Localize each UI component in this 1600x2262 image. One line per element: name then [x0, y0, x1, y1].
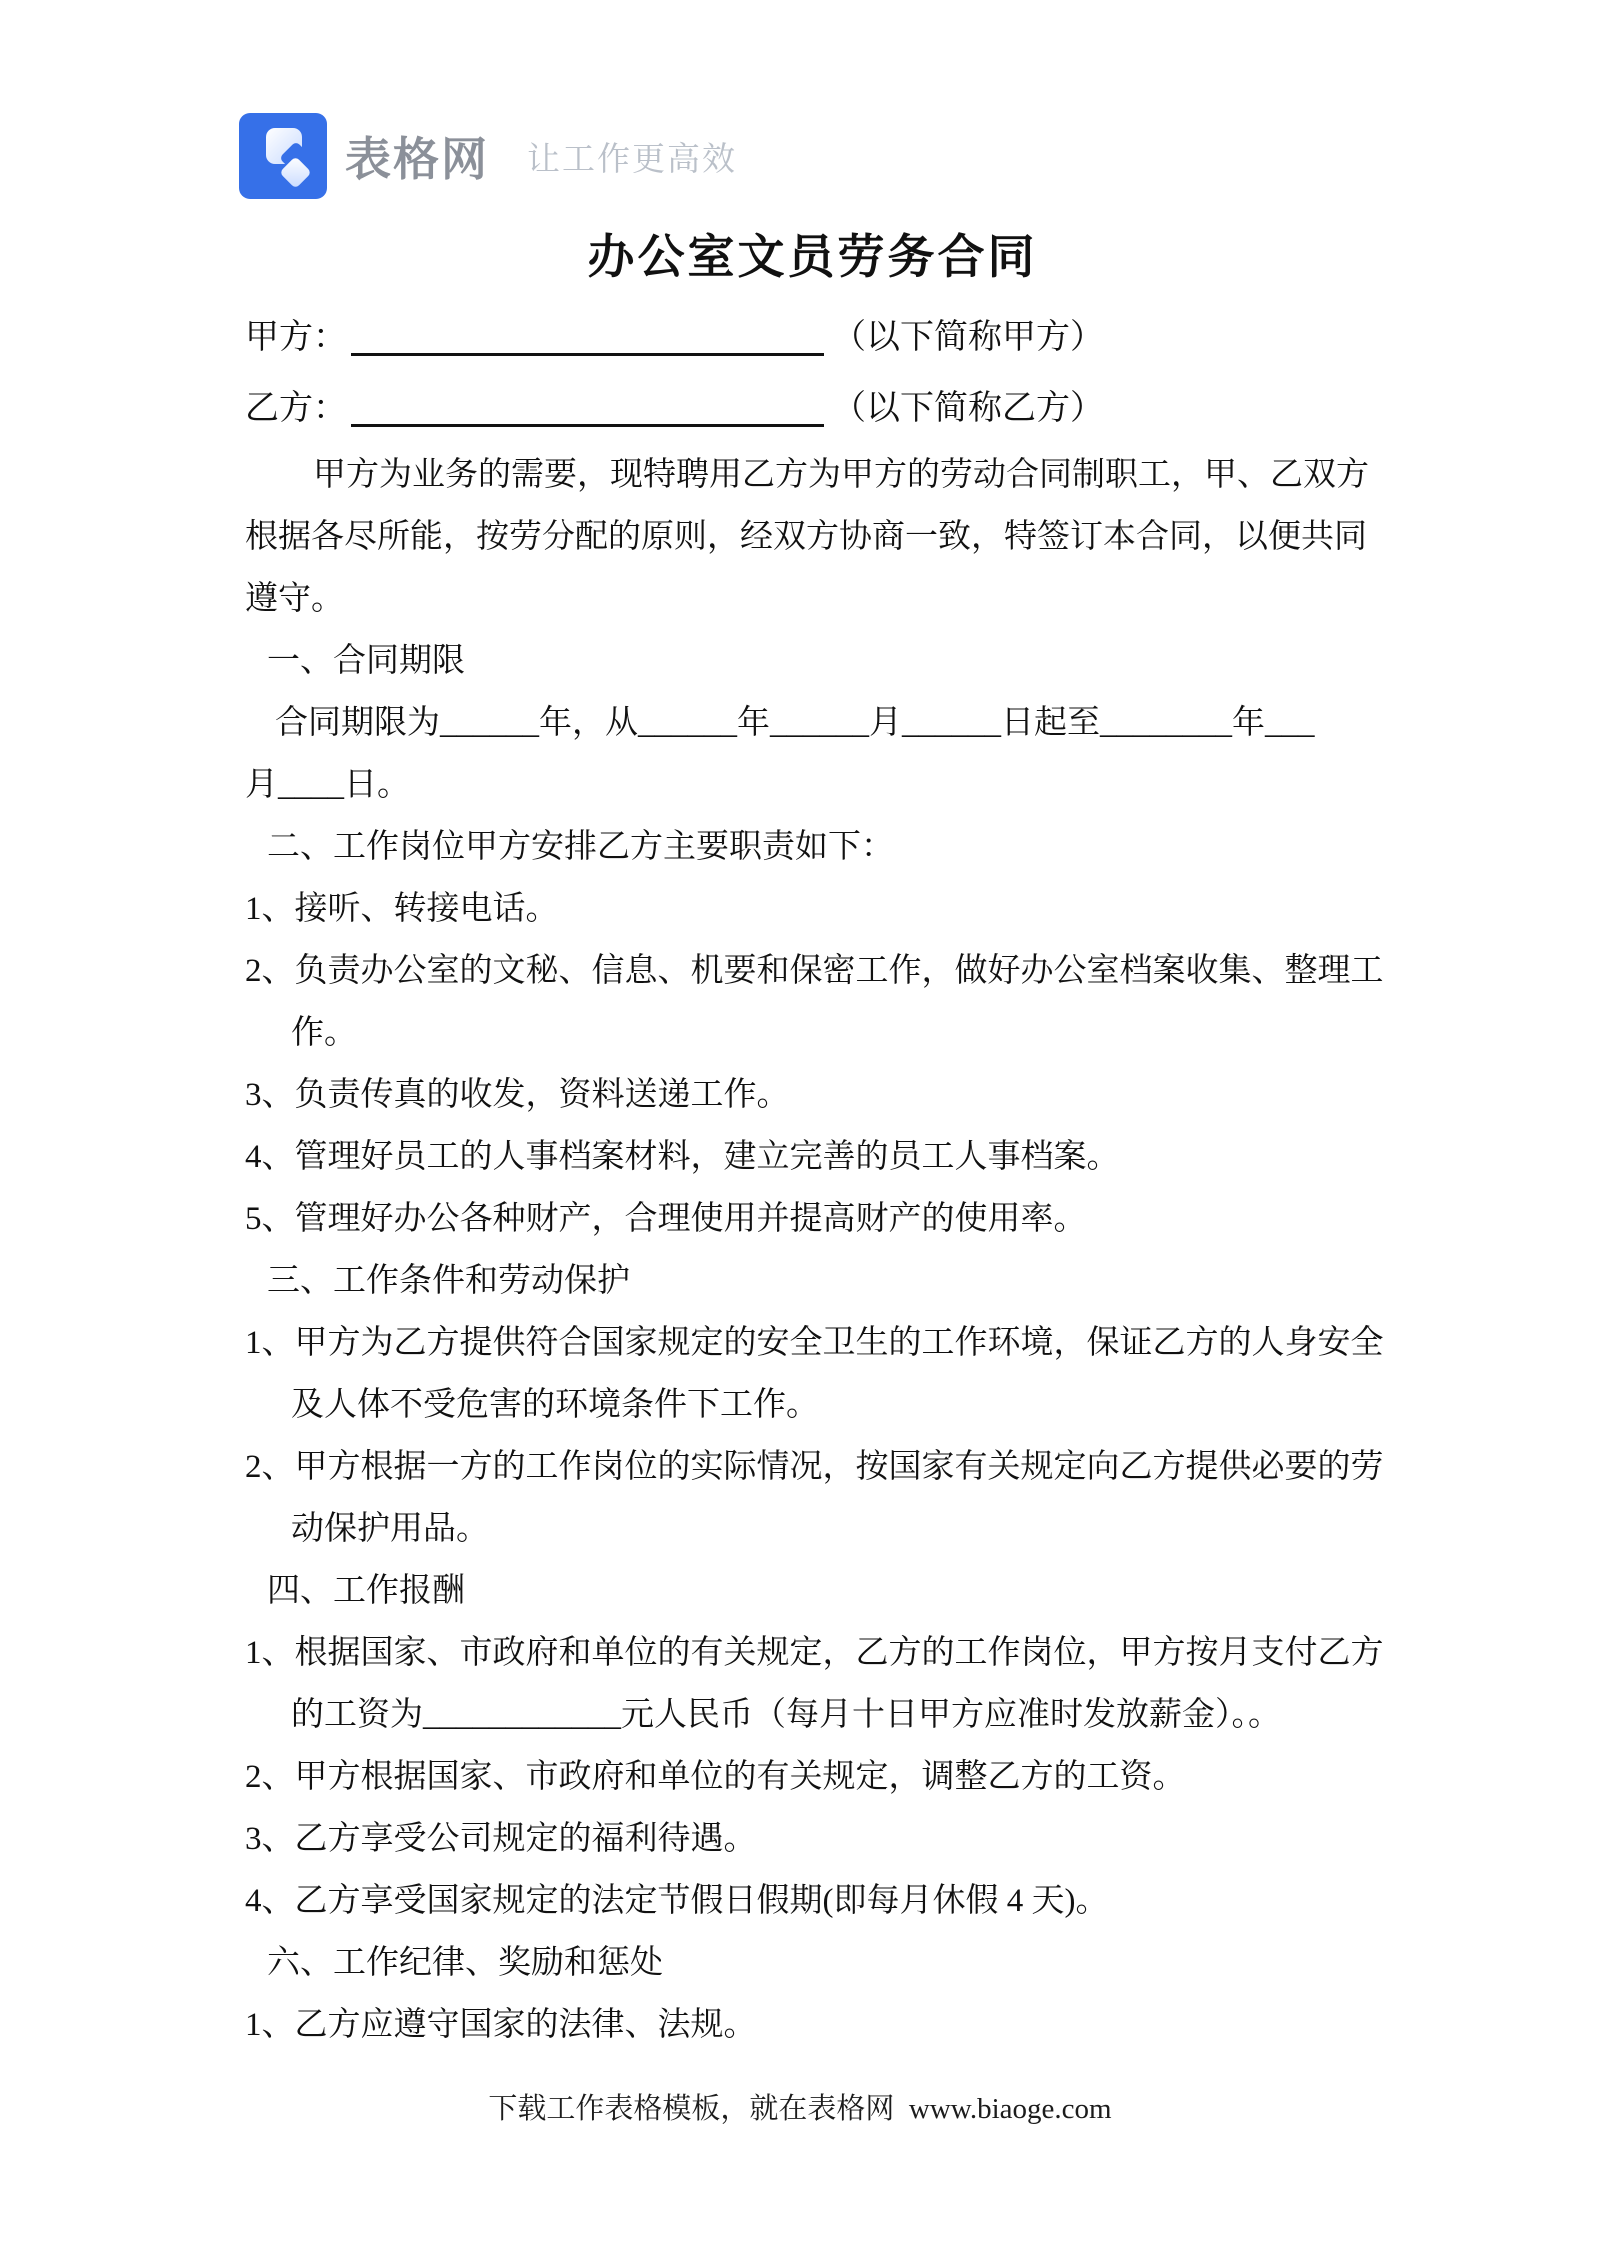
document-content: 表格网 让工作更高效 办公室文员劳务合同 甲方：（以下简称甲方） 乙方：（以下简…: [245, 0, 1380, 2056]
contract-text-line: 的工资为____________元人民币（每月十日甲方应准时发放薪金）。。: [245, 1684, 1380, 1746]
contract-text-line: 2、甲方根据一方的工作岗位的实际情况，按国家有关规定向乙方提供必要的劳: [245, 1436, 1380, 1498]
contract-text-line: 1、接听、转接电话。: [245, 878, 1380, 940]
party-b-row: 乙方：（以下简称乙方）: [245, 373, 1380, 444]
contract-text-line: 4、乙方享受国家规定的法定节假日假期(即每月休假 4 天)。: [245, 1870, 1380, 1932]
page-title: 办公室文员劳务合同: [245, 226, 1380, 290]
party-a-suffix: （以下简称甲方）: [832, 319, 1104, 356]
contract-text-line: 合同期限为______年，从______年______月______日起至___…: [245, 692, 1380, 754]
party-b-label: 乙方：: [245, 390, 347, 427]
party-b-suffix: （以下简称乙方）: [832, 390, 1104, 427]
contract-text-line: 1、甲方为乙方提供符合国家规定的安全卫生的工作环境，保证乙方的人身安全: [245, 1312, 1380, 1374]
contract-text-line: 动保护用品。: [245, 1498, 1380, 1560]
contract-text-line: 一、合同期限: [245, 630, 1380, 692]
site-brand-header: 表格网 让工作更高效: [239, 112, 1380, 200]
party-a-row: 甲方：（以下简称甲方）: [245, 302, 1380, 373]
party-a-label: 甲方：: [245, 319, 347, 356]
contract-text-line: 甲方为业务的需要，现特聘用乙方为甲方的劳动合同制职工，甲、乙双方: [245, 444, 1380, 506]
contract-text-line: 四、工作报酬: [245, 1560, 1380, 1622]
contract-text-line: 及人体不受危害的环境条件下工作。: [245, 1374, 1380, 1436]
footer-note: 下载工作表格模板，就在表格网 www.biaoge.com: [0, 2086, 1600, 2127]
contract-text-line: 遵守。: [245, 568, 1380, 630]
contract-text-line: 作。: [245, 1002, 1380, 1064]
contract-text-line: 2、甲方根据国家、市政府和单位的有关规定，调整乙方的工资。: [245, 1746, 1380, 1808]
contract-text-line: 3、负责传真的收发，资料送递工作。: [245, 1064, 1380, 1126]
contract-text-line: 三、工作条件和劳动保护: [245, 1250, 1380, 1312]
contract-text-line: 1、根据国家、市政府和单位的有关规定，乙方的工作岗位，甲方按月支付乙方: [245, 1622, 1380, 1684]
contract-text-line: 根据各尽所能，按劳分配的原则，经双方协商一致，特签订本合同，以便共同: [245, 506, 1380, 568]
party-a-blank-field: [351, 318, 824, 356]
contract-body: 甲方为业务的需要，现特聘用乙方为甲方的劳动合同制职工，甲、乙双方根据各尽所能，按…: [245, 444, 1380, 2056]
contract-text-line: 5、管理好办公各种财产，合理使用并提高财产的使用率。: [245, 1188, 1380, 1250]
party-section: 甲方：（以下简称甲方） 乙方：（以下简称乙方）: [245, 302, 1380, 444]
contract-text-line: 六、工作纪律、奖励和惩处: [245, 1932, 1380, 1994]
contract-text-line: 二、工作岗位甲方安排乙方主要职责如下：: [245, 816, 1380, 878]
contract-document-page: 表格网 让工作更高效 办公室文员劳务合同 甲方：（以下简称甲方） 乙方：（以下简…: [0, 0, 1600, 2262]
biaoge-logo-icon: [239, 113, 327, 199]
party-b-blank-field: [351, 389, 824, 427]
contract-text-line: 3、乙方享受公司规定的福利待遇。: [245, 1808, 1380, 1870]
contract-text-line: 月____日。: [245, 754, 1380, 816]
brand-name: 表格网: [345, 123, 489, 189]
brand-tagline: 让工作更高效: [527, 133, 737, 180]
contract-text-line: 1、乙方应遵守国家的法律、法规。: [245, 1994, 1380, 2056]
contract-text-line: 2、负责办公室的文秘、信息、机要和保密工作，做好办公室档案收集、整理工: [245, 940, 1380, 1002]
contract-text-line: 4、管理好员工的人事档案材料，建立完善的员工人事档案。: [245, 1126, 1380, 1188]
